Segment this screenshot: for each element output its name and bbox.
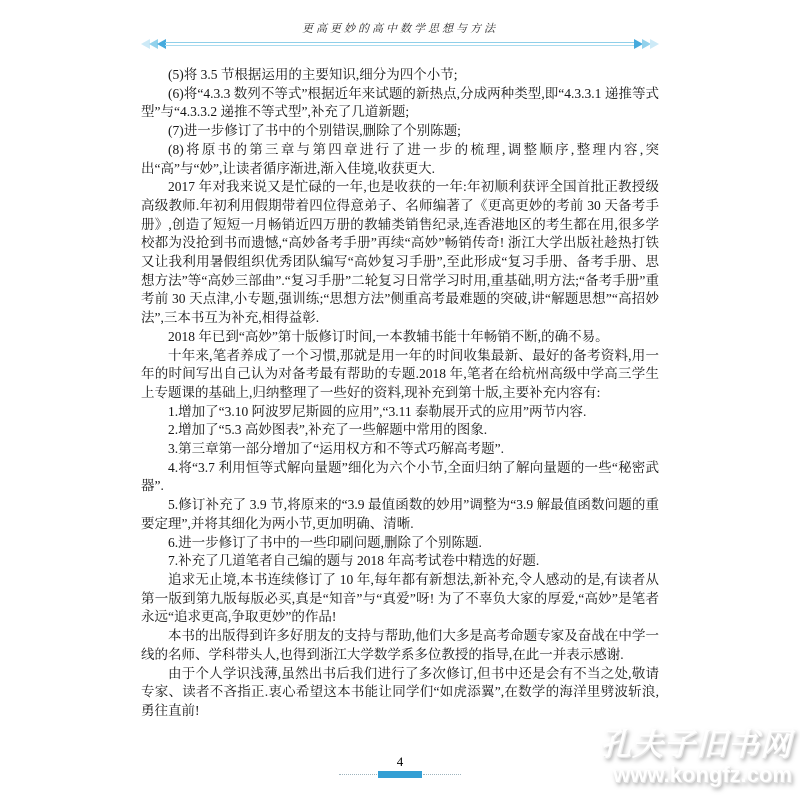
paragraph: 3.第三章第一部分增加了“运用权方和不等式巧解高考题”. [141,440,659,459]
paragraph: 十年来,笔者养成了一个习惯,那就是用一年的时间收集最新、最好的备考资料,用一年的… [141,347,659,403]
page-number: 4 [0,754,800,770]
header-divider [165,42,635,46]
paragraph: 2018 年已到“高妙”第十版修订时间,一本教辅书能十年畅销不断,的确不易。 [141,328,659,347]
book-page: 更高更妙的高中数学思想与方法 (5)将 3.5 节根据运用的主要知识,细分为四个… [141,0,659,721]
paragraph: 5.修订补充了 3.9 节,将原来的“3.9 最值函数的妙用”调整为“3.9 解… [141,496,659,533]
page-marker [0,771,800,778]
paragraph: 2017 年对我来说又是忙碌的一年,也是收获的一年:年初顺利获评全国首批正教授级… [141,178,659,328]
paragraph: (8)将原书的第三章与第四章进行了进一步的梳理,调整顺序,整理内容,突出“高”与… [141,141,659,178]
paragraph: 4.将“3.7 利用恒等式解向量题”细化为六个小节,全面归纳了解向量题的一些“秘… [141,459,659,496]
running-title: 更高更妙的高中数学思想与方法 [141,20,659,36]
paragraph: (5)将 3.5 节根据运用的主要知识,细分为四个小节; [141,66,659,85]
paragraph: 6.进一步修订了书中的一些印刷问题,删除了个别陈题. [141,534,659,553]
page-marker-bar [378,771,422,778]
paragraph: 追求无止境,本书连续修订了 10 年,每年都有新想法,新补充,令人感动的是,有读… [141,571,659,627]
paragraph: 7.补充了几道笔者自己编的题与 2018 年高考试卷中精选的好题. [141,552,659,571]
page-footer: 4 [0,754,800,778]
paragraph: (7)进一步修订了书中的个别错误,删除了个别陈题; [141,122,659,141]
paragraph: 2.增加了“5.3 高妙图表”,补充了一些解题中常用的图象. [141,421,659,440]
page-header: 更高更妙的高中数学思想与方法 [141,20,659,49]
paragraph: 本书的出版得到许多好朋友的支持与帮助,他们大多是高考命题专家及奋战在中学一线的名… [141,627,659,664]
preface-text: (5)将 3.5 节根据运用的主要知识,细分为四个小节; (6)将“4.3.3 … [141,66,659,721]
right-arrow-icon [650,39,659,49]
dotted-rule-left [339,774,377,775]
header-rule [141,39,659,49]
paragraph: (6)将“4.3.3 数列不等式”根据近年来试题的新热点,分成两种类型,即“4.… [141,85,659,122]
paragraph: 由于个人学识浅薄,虽然出书后我们进行了多次修订,但书中还是会有不当之处,敬请专家… [141,665,659,721]
dotted-rule-right [423,774,461,775]
paragraph: 1.增加了“3.10 阿波罗尼斯圆的应用”,“3.11 泰勒展开式的应用”两节内… [141,403,659,422]
